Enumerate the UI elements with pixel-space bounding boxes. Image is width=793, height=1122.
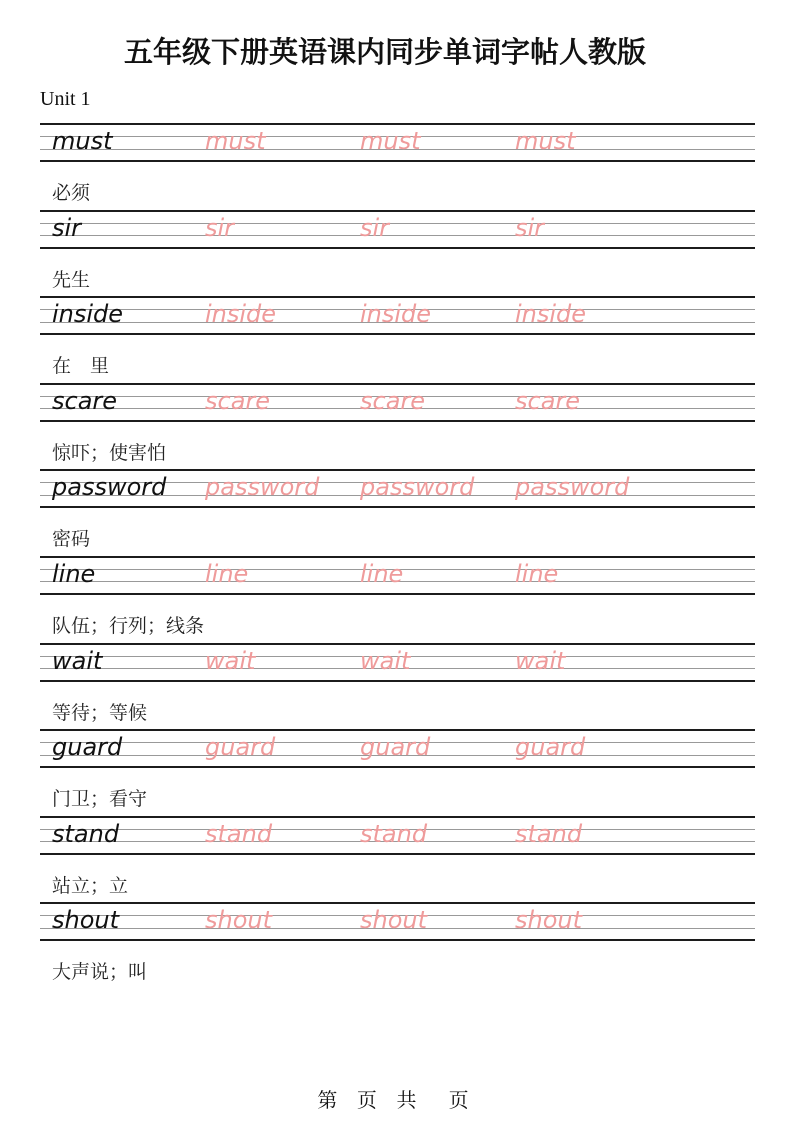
grid-line-top [40, 123, 755, 125]
grid-line-bottom [40, 420, 755, 422]
grid-line-bottom [40, 939, 755, 941]
trace-word: scare [360, 389, 425, 413]
trace-word: sir [360, 216, 389, 240]
trace-word: guard [515, 735, 585, 759]
trace-word: scare [205, 389, 270, 413]
writing-grid: must must must must [40, 123, 755, 163]
word-meaning: 密码 [52, 524, 90, 551]
grid-line-top [40, 643, 755, 645]
word-meaning: 门卫；看守 [52, 784, 147, 811]
word-row: must must must must 必须 [40, 123, 755, 210]
grid-line-bottom [40, 680, 755, 682]
grid-line-bottom [40, 853, 755, 855]
copybook-page: 五年级下册英语课内同步单词字帖人教版 Unit 1 must must must… [0, 0, 793, 1122]
trace-word: inside [205, 302, 276, 326]
grid-line-bottom [40, 333, 755, 335]
trace-word: must [205, 129, 266, 153]
trace-word: guard [360, 735, 430, 759]
word-row: sir sir sir sir 先生 [40, 210, 755, 297]
writing-grid: line line line line [40, 556, 755, 596]
grid-line-top [40, 296, 755, 298]
trace-word: must [360, 129, 421, 153]
grid-line-bottom [40, 160, 755, 162]
trace-word: stand [515, 822, 582, 846]
grid-line-top [40, 383, 755, 385]
practice-word: stand [52, 822, 119, 846]
trace-word: stand [360, 822, 427, 846]
trace-word: must [515, 129, 576, 153]
grid-line-lower-middle [40, 235, 755, 236]
grid-line-bottom [40, 506, 755, 508]
trace-word: wait [360, 649, 410, 673]
trace-word: shout [360, 908, 427, 932]
grid-line-top [40, 469, 755, 471]
trace-word: wait [205, 649, 255, 673]
trace-word: inside [515, 302, 586, 326]
writing-grid: stand stand stand stand [40, 816, 755, 856]
word-row: guard guard guard guard 门卫；看守 [40, 729, 755, 816]
word-meaning: 先生 [52, 265, 90, 292]
word-row: line line line line 队伍；行列；线条 [40, 556, 755, 643]
grid-line-upper-middle [40, 223, 755, 224]
grid-line-top [40, 902, 755, 904]
word-row: stand stand stand stand 站立；立 [40, 816, 755, 903]
word-rows: must must must must 必须 sir sir sir sir 先… [40, 123, 755, 989]
trace-word: scare [515, 389, 580, 413]
page-footer: 第 页 共 页 [0, 1084, 793, 1113]
page-title: 五年级下册英语课内同步单词字帖人教版 [0, 30, 770, 71]
practice-word: scare [52, 389, 117, 413]
trace-word: sir [205, 216, 234, 240]
grid-line-bottom [40, 766, 755, 768]
writing-grid: shout shout shout shout [40, 902, 755, 942]
trace-word: sir [515, 216, 544, 240]
writing-grid: password password password password [40, 469, 755, 509]
practice-word: guard [52, 735, 122, 759]
grid-line-top [40, 210, 755, 212]
practice-word: must [52, 129, 113, 153]
unit-label: Unit 1 [40, 88, 91, 111]
trace-word: password [205, 475, 319, 499]
writing-grid: sir sir sir sir [40, 210, 755, 250]
trace-word: guard [205, 735, 275, 759]
writing-grid: wait wait wait wait [40, 643, 755, 683]
trace-word: inside [360, 302, 431, 326]
practice-word: line [52, 562, 95, 586]
grid-line-bottom [40, 593, 755, 595]
trace-word: line [360, 562, 403, 586]
word-row: password password password password 密码 [40, 469, 755, 556]
grid-line-top [40, 729, 755, 731]
word-row: shout shout shout shout 大声说；叫 [40, 902, 755, 989]
trace-word: wait [515, 649, 565, 673]
word-row: scare scare scare scare 惊吓；使害怕 [40, 383, 755, 470]
trace-word: shout [205, 908, 272, 932]
word-meaning: 站立；立 [52, 871, 128, 898]
practice-word: wait [52, 649, 102, 673]
practice-word: password [52, 475, 166, 499]
word-meaning: 在 里 [52, 351, 109, 378]
word-meaning: 大声说；叫 [52, 957, 147, 984]
practice-word: inside [52, 302, 123, 326]
trace-word: line [515, 562, 558, 586]
word-meaning: 等待；等候 [52, 698, 147, 725]
practice-word: sir [52, 216, 81, 240]
practice-word: shout [52, 908, 119, 932]
grid-line-top [40, 816, 755, 818]
word-row: wait wait wait wait 等待；等候 [40, 643, 755, 730]
writing-grid: inside inside inside inside [40, 296, 755, 336]
word-meaning: 惊吓；使害怕 [52, 438, 166, 465]
trace-word: stand [205, 822, 272, 846]
trace-word: shout [515, 908, 582, 932]
trace-word: password [515, 475, 629, 499]
grid-line-top [40, 556, 755, 558]
trace-word: line [205, 562, 248, 586]
word-meaning: 队伍；行列；线条 [52, 611, 204, 638]
writing-grid: scare scare scare scare [40, 383, 755, 423]
word-meaning: 必须 [52, 178, 90, 205]
word-row: inside inside inside inside 在 里 [40, 296, 755, 383]
trace-word: password [360, 475, 474, 499]
grid-line-bottom [40, 247, 755, 249]
writing-grid: guard guard guard guard [40, 729, 755, 769]
